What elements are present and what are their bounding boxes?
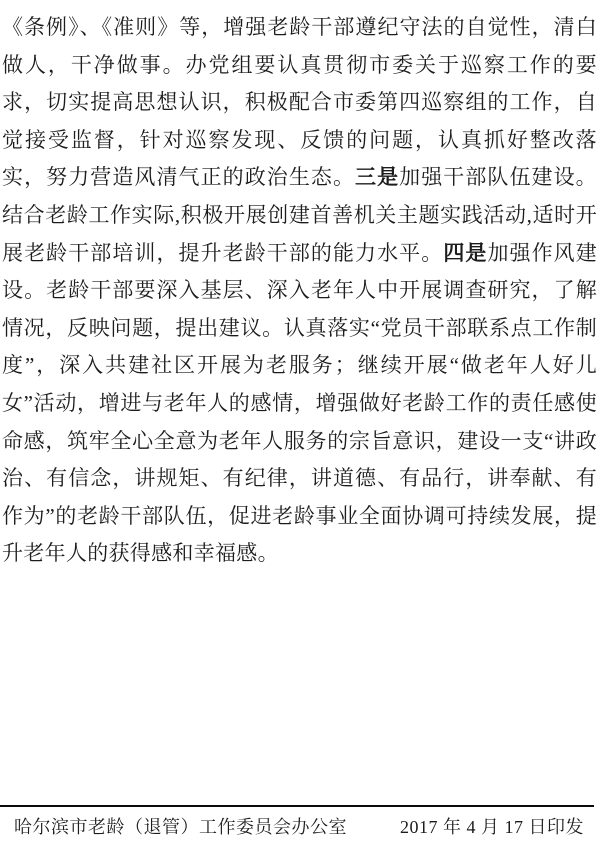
paragraph-segment: 加强作风建设。老龄干部要深入基层、深入老年人中开展调查研究，了解情况，反映问题，… — [2, 241, 597, 566]
document-body-paragraph: 《条例》、《准则》等，增强老龄干部遵纪守法的自觉性，清白做人，干净做事。办党组要… — [2, 9, 597, 573]
footer-issuing-office: 哈尔滨市老龄（退管）工作委员会办公室 — [14, 813, 347, 841]
run-in-heading-third-point: 三是 — [355, 165, 399, 189]
footer-divider-rule — [0, 805, 594, 807]
footer: 哈尔滨市老龄（退管）工作委员会办公室 2017 年 4 月 17 日印发 — [0, 813, 600, 841]
document-page: 《条例》、《准则》等，增强老龄干部遵纪守法的自觉性，清白做人，干净做事。办党组要… — [0, 0, 600, 849]
footer-print-date: 2017 年 4 月 17 日印发 — [400, 813, 584, 841]
run-in-heading-fourth-point: 四是 — [443, 241, 487, 265]
paragraph-segment: 《条例》、《准则》等，增强老龄干部遵纪守法的自觉性，清白做人，干净做事。办党组要… — [2, 15, 597, 189]
